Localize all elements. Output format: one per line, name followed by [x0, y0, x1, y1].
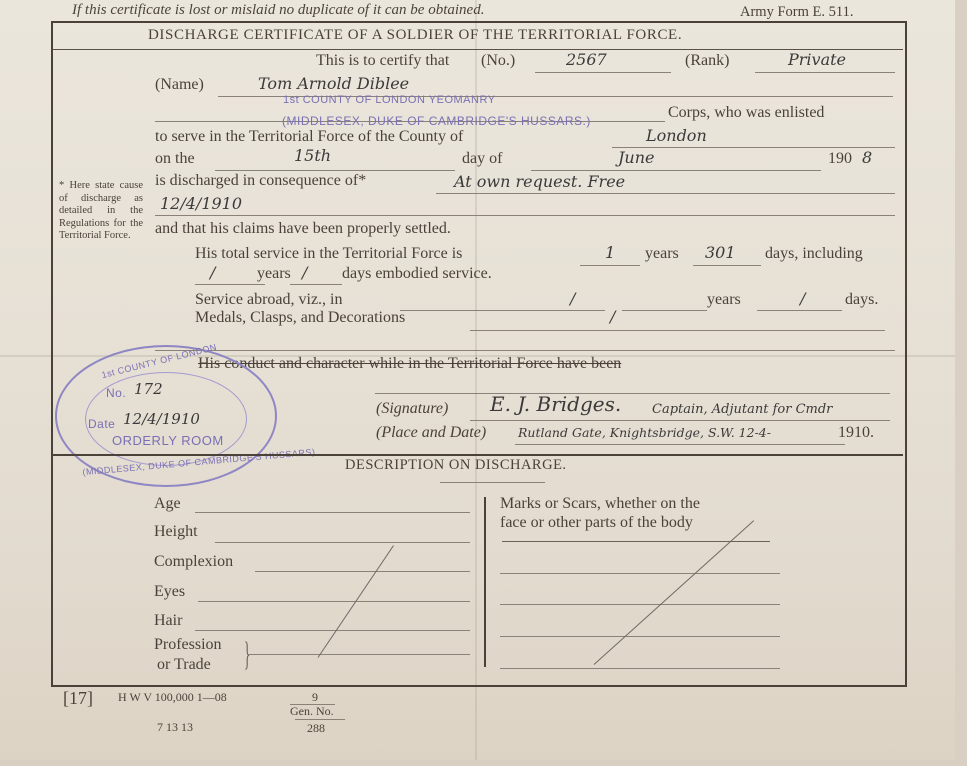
abroad-days-label: days. [845, 291, 878, 309]
name-label: (Name) [155, 76, 204, 94]
county-value: London [646, 126, 707, 145]
lost-warning: If this certificate is lost or mislaid n… [72, 2, 484, 19]
number-line [535, 72, 671, 73]
printer-line-2: 7 13 13 [157, 720, 193, 735]
cause-line-2 [155, 215, 895, 216]
gen-number-top: 9 [312, 690, 318, 705]
abroad-text: Service abroad, viz., in [195, 291, 343, 309]
stamp-date-label: Date [88, 417, 115, 431]
hair-line [195, 630, 470, 631]
year-value: 8 [862, 148, 872, 167]
place-date-label: (Place and Date) [376, 424, 486, 442]
embodied-days-value: / [302, 263, 307, 282]
profession-brace: } [244, 638, 251, 672]
form-code: [17] [63, 688, 93, 709]
description-heading: DESCRIPTION ON DISCHARGE. [345, 457, 567, 474]
corps-text: Corps, who was enlisted [668, 104, 824, 122]
signature-label: (Signature) [376, 400, 448, 418]
total-days-line [693, 265, 761, 266]
eyes-line [198, 601, 470, 602]
discharged-text: is discharged in consequence of* [155, 172, 366, 190]
marks-line-4 [500, 668, 780, 669]
blank-line [155, 350, 895, 351]
month-value: June [618, 148, 655, 167]
medals-text: Medals, Clasps, and Decorations [195, 309, 405, 327]
gen-number-bottom: 288 [307, 721, 325, 736]
number-label: (No.) [481, 52, 515, 70]
certificate-title: DISCHARGE CERTIFICATE OF A SOLDIER OF TH… [148, 27, 682, 44]
printer-line: H W V 100,000 1—08 [118, 690, 227, 705]
marks-line-1 [500, 573, 780, 574]
stamp-number-value: 172 [134, 380, 163, 398]
medals-value: / [610, 307, 615, 326]
marks-line-2 [500, 604, 780, 605]
embodied-years-value: / [210, 263, 215, 282]
place-date-line [515, 444, 845, 445]
abroad-years-label: years [707, 291, 741, 309]
embodied-years-line [195, 284, 265, 285]
marks-label-line1: Marks or Scars, whether on the [500, 495, 700, 513]
number-value: 2567 [566, 50, 607, 69]
stamp-number-label: No. [106, 386, 126, 400]
cause-line [436, 193, 895, 194]
month-line [531, 170, 821, 171]
description-column-divider [484, 497, 486, 667]
stamp-room: ORDERLY ROOM [112, 433, 224, 448]
signature-line [470, 420, 890, 421]
total-service-text: His total service in the Territorial For… [195, 245, 462, 263]
height-line [215, 542, 470, 543]
hair-label: Hair [154, 612, 182, 630]
rank-label: (Rank) [685, 52, 729, 70]
place-date-year: 1910. [838, 424, 874, 442]
eyes-label: Eyes [154, 583, 185, 601]
embodied-years-label: years [257, 265, 291, 283]
complexion-label: Complexion [154, 553, 233, 571]
day-line [215, 170, 455, 171]
total-years-value: 1 [605, 243, 615, 262]
abroad-days-line [757, 310, 842, 311]
on-the-label: on the [155, 150, 195, 168]
abroad-years-line [622, 310, 707, 311]
name-value: Tom Arnold Diblee [258, 74, 409, 93]
corps-stamp-line1: 1st COUNTY OF LONDON YEOMANRY [283, 94, 496, 106]
cause-footnote: * Here state cause of discharge as detai… [59, 180, 143, 243]
abroad-line [400, 310, 605, 311]
heading-underline [440, 482, 545, 483]
abroad-days-value: / [800, 289, 805, 308]
medals-line [470, 330, 885, 331]
total-years-line [580, 265, 640, 266]
age-label: Age [154, 495, 181, 513]
description-divider [53, 454, 903, 456]
total-years-label: years [645, 245, 679, 263]
place-date-value: Rutland Gate, Knightsbridge, S.W. 12-4- [518, 425, 771, 440]
conduct-line [375, 393, 890, 394]
conduct-text-struck: His conduct and character while in the T… [198, 355, 621, 373]
embodied-days-line [290, 284, 342, 285]
gen-bottom-rule [295, 719, 345, 720]
stamp-date-value: 12/4/1910 [123, 410, 200, 428]
corps-stamp-line2: (MIDDLESEX, DUKE OF CAMBRIDGE'S HUSSARS.… [282, 114, 591, 128]
day-value: 15th [294, 146, 331, 165]
rank-line [755, 72, 895, 73]
marks-line-3 [500, 636, 780, 637]
days-including-text: days, including [765, 245, 863, 263]
serve-text: to serve in the Territorial Force of the… [155, 128, 463, 146]
year-prefix: 190 [828, 150, 852, 168]
age-line [195, 512, 470, 513]
trade-label: or Trade [157, 656, 211, 674]
profession-label: Profession [154, 636, 222, 654]
signature-value: E. J. Bridges. [490, 392, 621, 416]
signatory-rank: Captain, Adjutant for Cmdr [652, 402, 832, 417]
cause-date-value: 12/4/1910 [160, 194, 242, 213]
army-form-number: Army Form E. 511. [740, 4, 853, 21]
rank-value: Private [788, 50, 846, 69]
abroad-value: / [570, 289, 575, 308]
profession-line [248, 654, 470, 655]
marks-label-line2: face or other parts of the body [500, 514, 693, 532]
embodied-text: days embodied service. [342, 265, 492, 283]
total-days-value: 301 [705, 243, 736, 262]
height-label: Height [154, 523, 198, 541]
gen-number-label: Gen. No. [290, 704, 334, 719]
claims-text: and that his claims have been properly s… [155, 220, 451, 238]
cause-value: At own request. Free [454, 172, 625, 191]
complexion-line [255, 571, 470, 572]
day-of-label: day of [462, 150, 502, 168]
certify-lead: This is to certify that [316, 52, 449, 70]
